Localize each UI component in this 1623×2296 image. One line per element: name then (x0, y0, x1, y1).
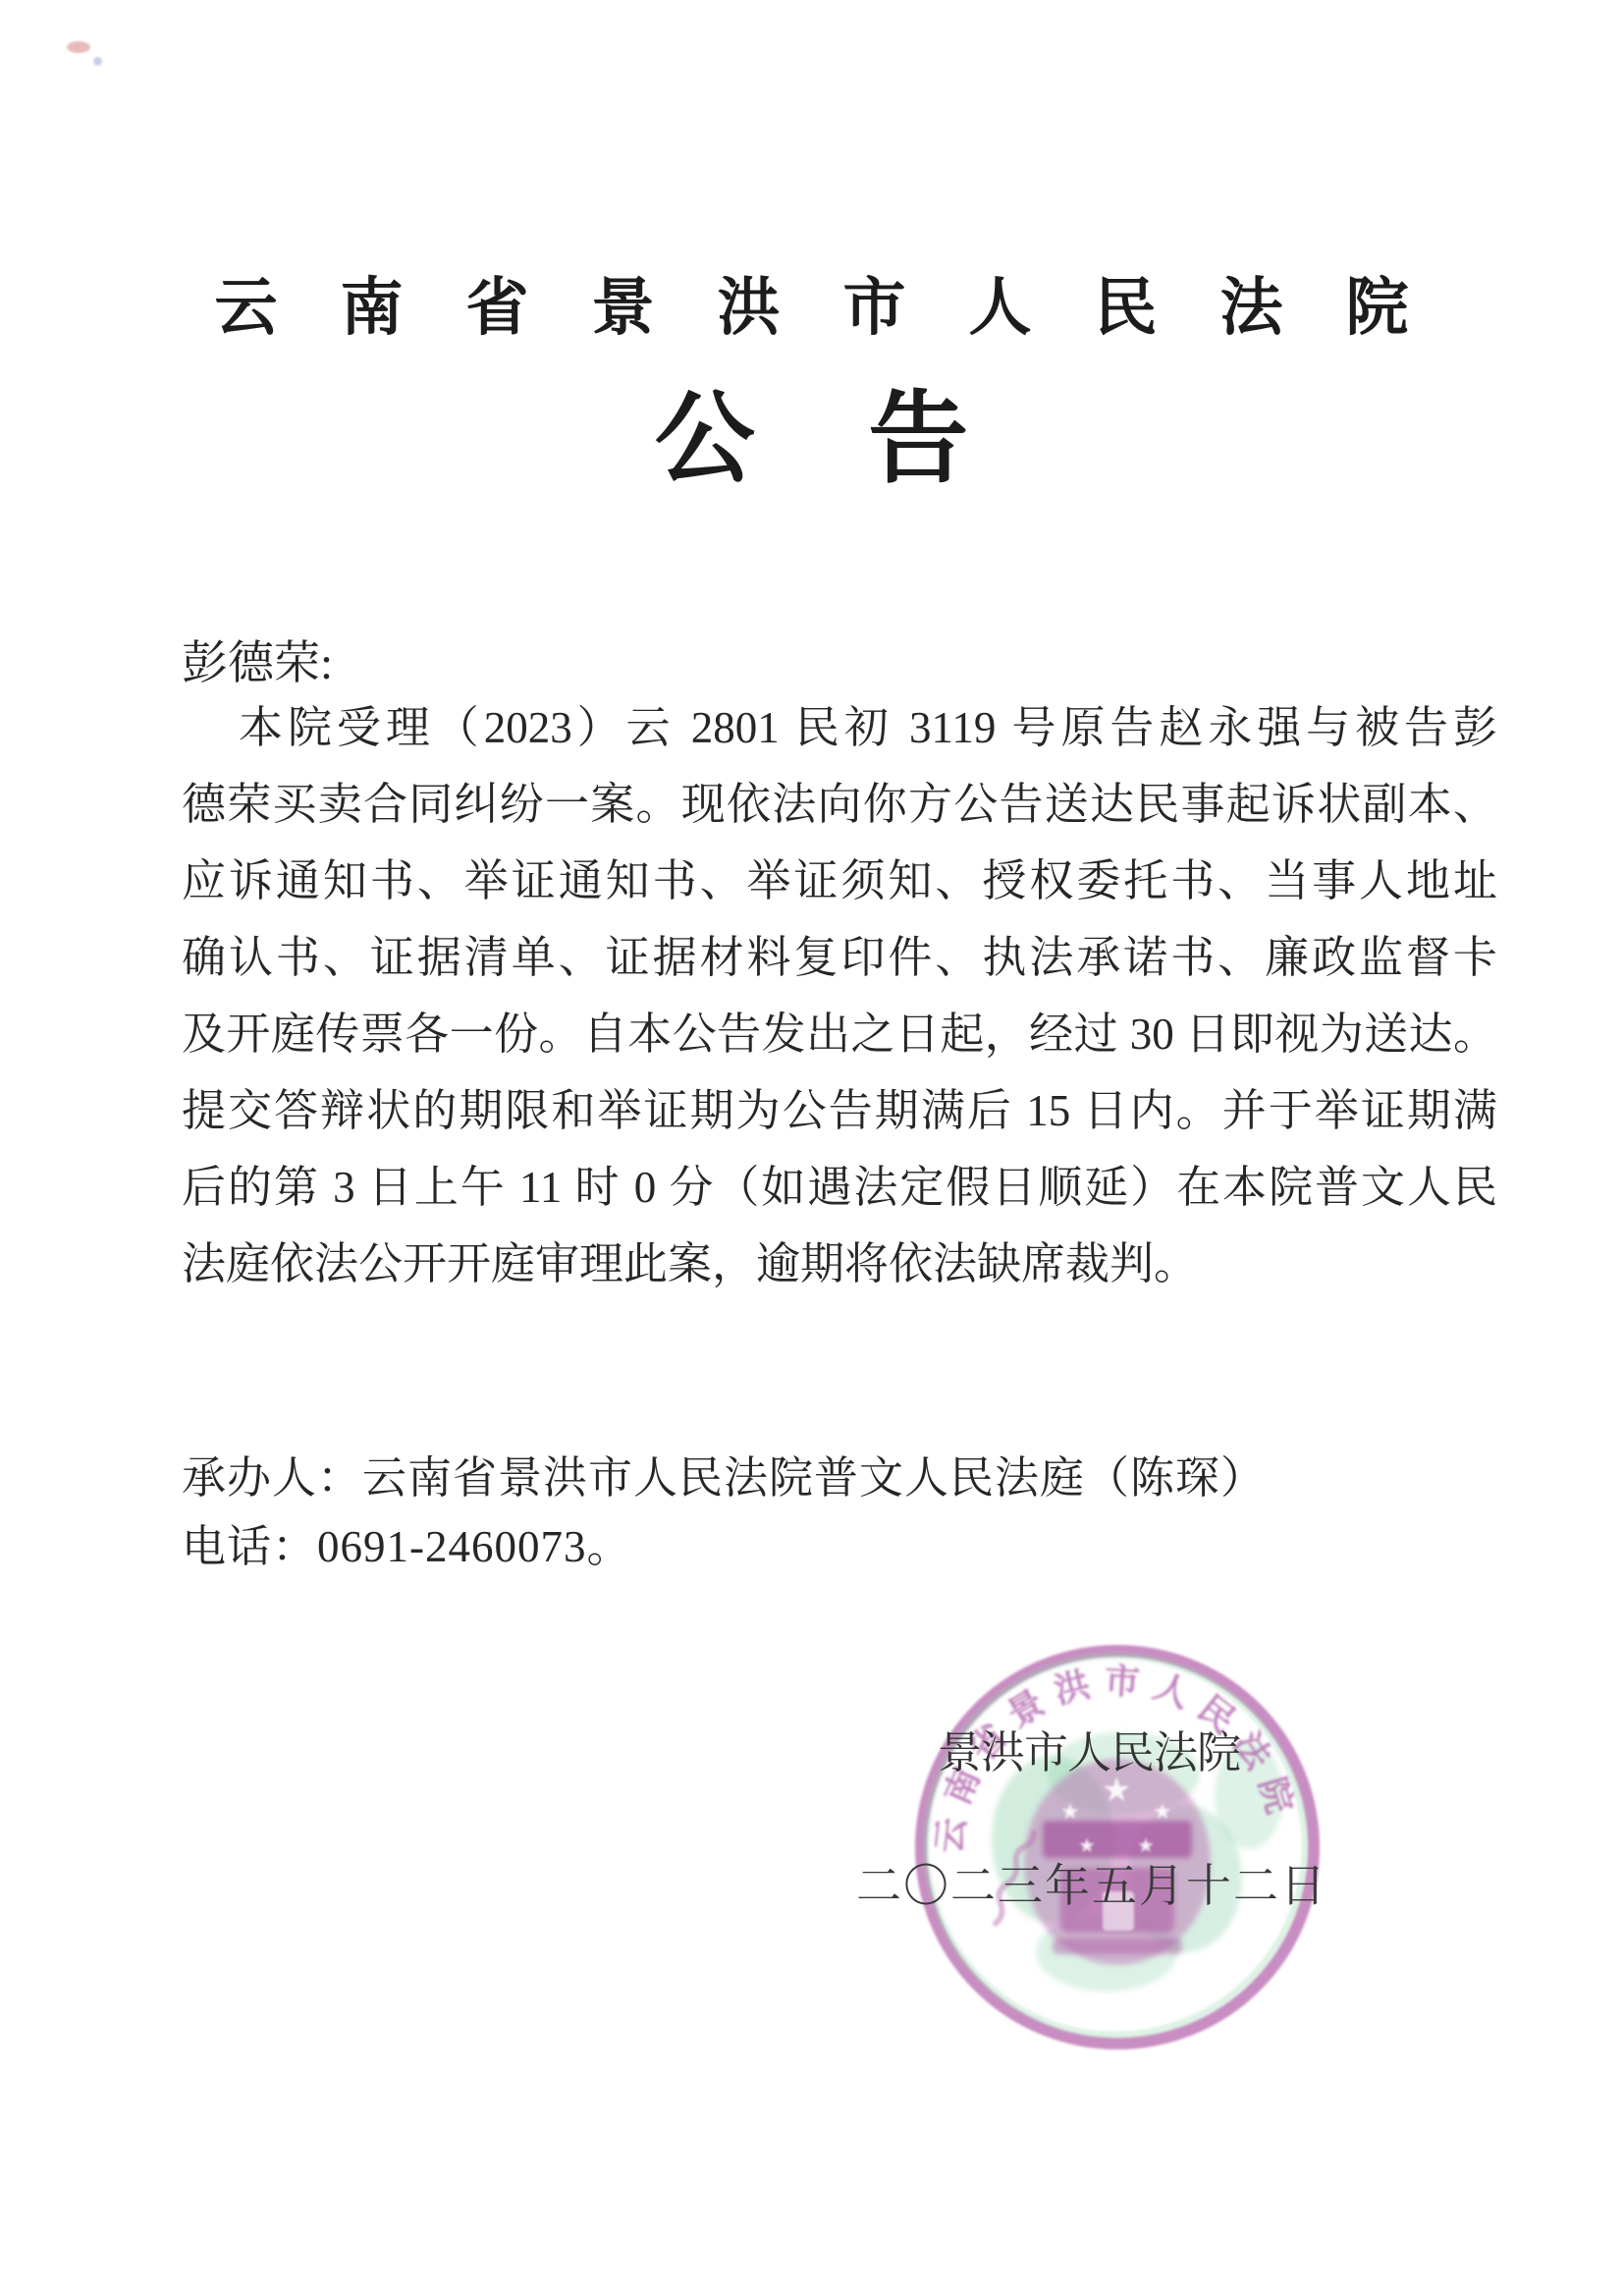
handler-line: 承办人：云南省景洪市人民法院普文人民法庭（陈琛） (182, 1442, 1266, 1505)
court-title: 云南省景洪市人民法院 (0, 257, 1623, 348)
svg-text:★: ★ (1153, 1800, 1172, 1825)
body-line: 及开庭传票各一份。自本公告发出之日起，经过 30 日即视为送达。 (182, 996, 1497, 1072)
body-line: 法庭依法公开开庭审理此案，逾期将依法缺席裁判。 (182, 1226, 1497, 1302)
scan-artifact (67, 41, 90, 53)
body-line: 后的第 3 日上午 11 时 0 分（如遇法定假日顺延）在本院普文人民 (182, 1149, 1497, 1226)
announcement-heading: 公 告 (0, 383, 1623, 498)
court-seal-stamp: 云南省景洪市人民法院 ★ ★ ★ ★ ★ (905, 1628, 1337, 2060)
body-line: 德荣买卖合同纠纷一案。现依法向你方公告送达民事起诉状副本、 (182, 766, 1497, 843)
signature-court-name: 景洪市人民法院 (938, 1717, 1240, 1780)
body-line: 提交答辩状的期限和举证期为公告期满后 15 日内。并于举证期满 (182, 1072, 1497, 1149)
body-line: 确认书、证据清单、证据材料复印件、执法承诺书、廉政监督卡 (182, 919, 1497, 996)
body-line: 应诉通知书、举证通知书、举证须知、授权委托书、当事人地址 (182, 843, 1497, 919)
signature-date: 二〇二三年五月十二日 (856, 1850, 1327, 1915)
addressee: 彭德荣: (182, 627, 333, 692)
phone-line: 电话：0691-2460073。 (182, 1510, 632, 1574)
announcement-body: 本院受理（2023）云 2801 民初 3119 号原告赵永强与被告彭 德荣买卖… (182, 689, 1497, 1302)
scan-artifact (93, 57, 102, 66)
body-line: 本院受理（2023）云 2801 民初 3119 号原告赵永强与被告彭 (182, 689, 1497, 766)
court-announcement-page: 云南省景洪市人民法院 公 告 彭德荣: 本院受理（2023）云 2801 民初 … (0, 0, 1623, 2296)
svg-text:★: ★ (1060, 1800, 1080, 1825)
